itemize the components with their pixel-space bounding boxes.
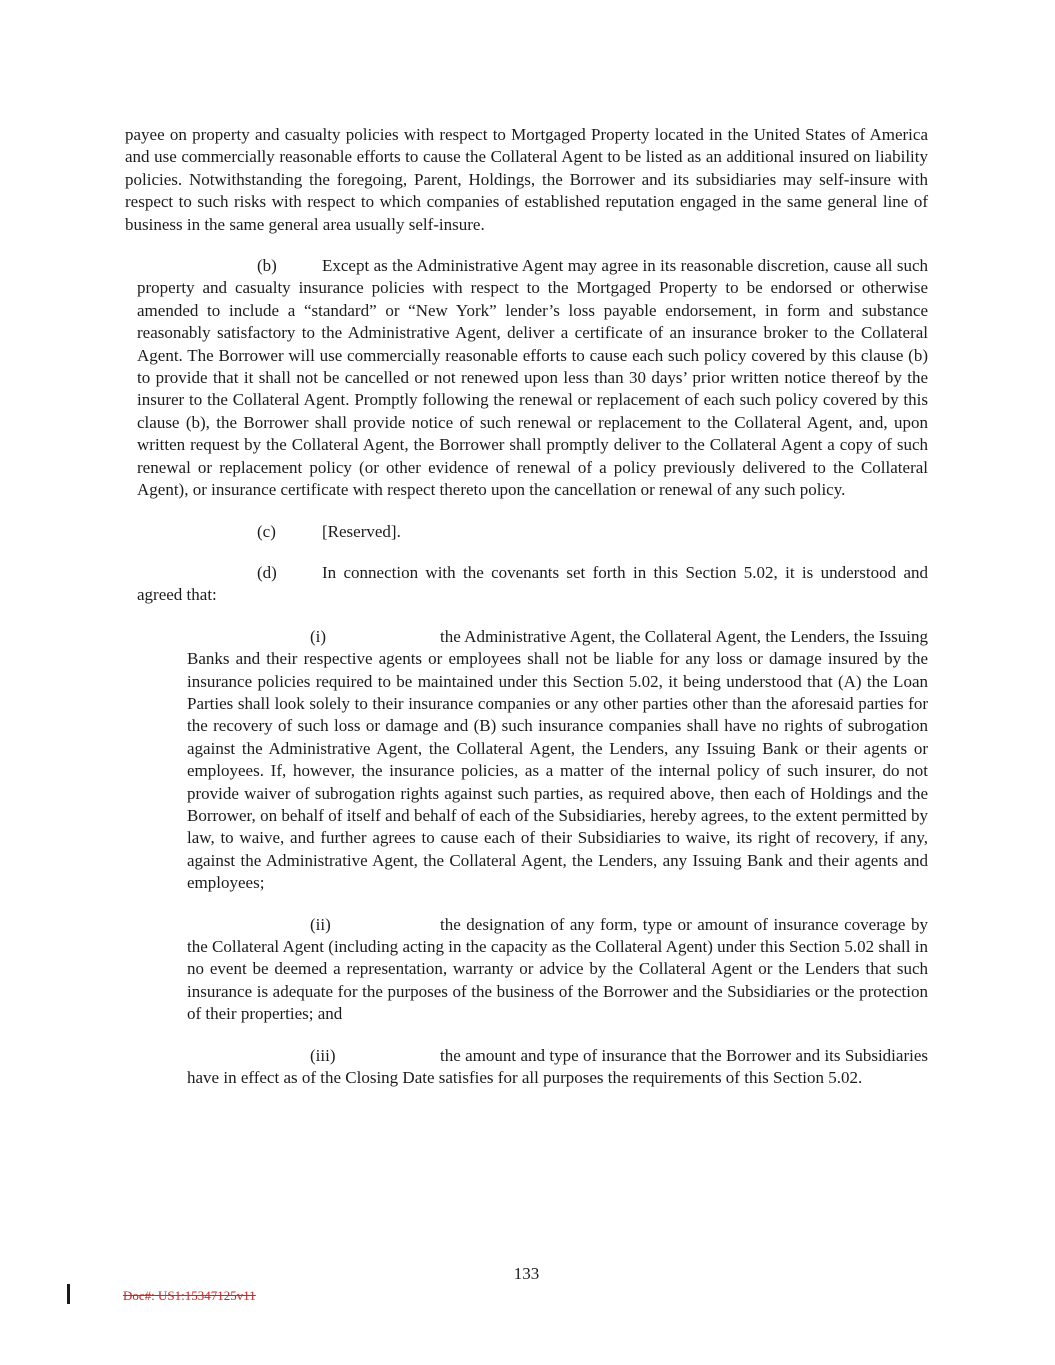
paragraph-b: (b)Except as the Administrative Agent ma… <box>137 255 928 501</box>
page-number: 133 <box>125 1264 928 1284</box>
paragraph-label: (ii) <box>310 914 440 936</box>
paragraph-d: (d)In connection with the covenants set … <box>137 562 928 607</box>
change-bar <box>67 1284 70 1304</box>
document-page: payee on property and casualty policies … <box>0 0 1055 1365</box>
paragraph-continuation: payee on property and casualty policies … <box>125 124 928 236</box>
paragraph-label: (i) <box>310 626 440 648</box>
doc-control-number: Doc#: US1:15347125v11 <box>123 1288 256 1304</box>
document-body: payee on property and casualty policies … <box>125 124 928 1108</box>
paragraph-i: (i)the Administrative Agent, the Collate… <box>187 626 928 895</box>
paragraph-text: Except as the Administrative Agent may a… <box>137 256 928 499</box>
paragraph-iii: (iii)the amount and type of insurance th… <box>187 1045 928 1090</box>
paragraph-label: (c) <box>257 521 322 543</box>
paragraph-text: In connection with the covenants set for… <box>137 563 928 604</box>
paragraph-text: the designation of any form, type or amo… <box>187 915 928 1024</box>
paragraph-ii: (ii)the designation of any form, type or… <box>187 914 928 1026</box>
paragraph-c: (c)[Reserved]. <box>137 521 928 543</box>
paragraph-label: (d) <box>257 562 322 584</box>
paragraph-label: (iii) <box>310 1045 440 1067</box>
paragraph-label: (b) <box>257 255 322 277</box>
paragraph-text: [Reserved]. <box>322 522 401 541</box>
paragraph-text: payee on property and casualty policies … <box>125 125 928 234</box>
paragraph-text: the Administrative Agent, the Collateral… <box>187 627 928 892</box>
paragraph-text: the amount and type of insurance that th… <box>187 1046 928 1087</box>
